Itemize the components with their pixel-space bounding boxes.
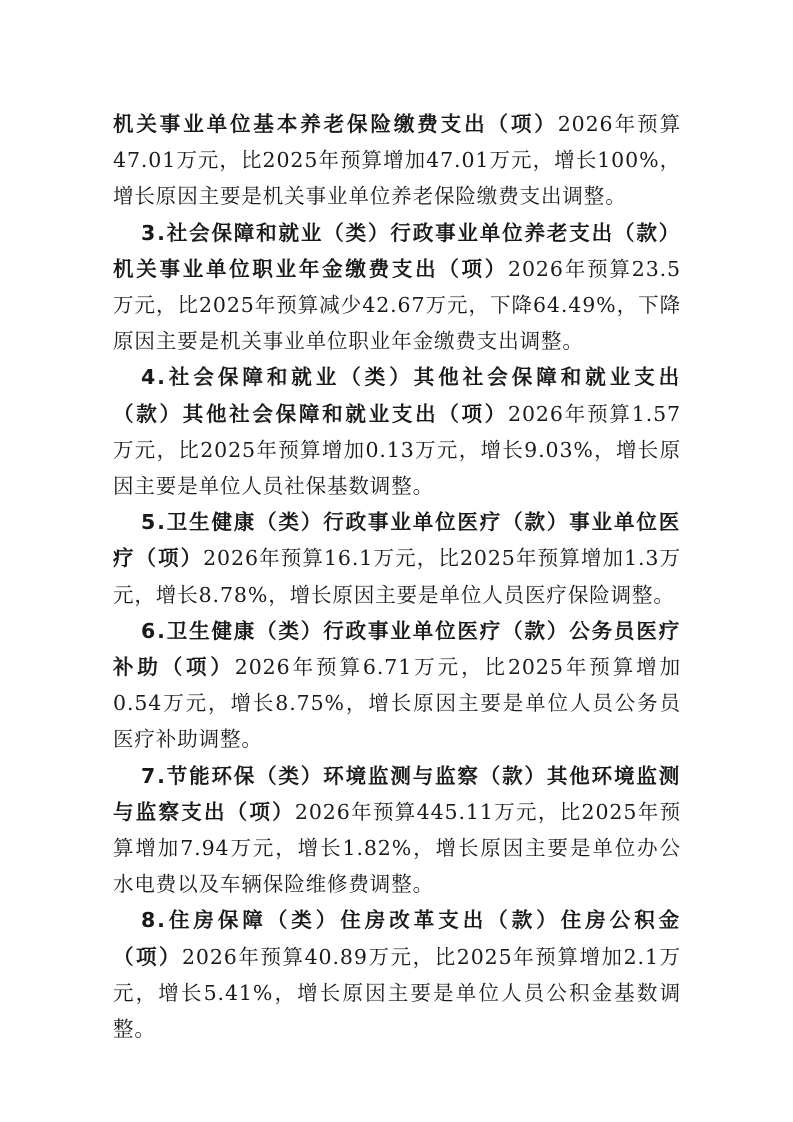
paragraph-number: 3. [141, 221, 167, 245]
paragraph-number: 4. [141, 365, 167, 389]
paragraph-body: 2026年预算40.89万元，比2025年预算增加2.1万元，增长5.41%，增… [113, 945, 681, 1041]
paragraph-heading: 机关事业单位基本养老保险缴费支出（项） [113, 112, 558, 136]
paragraph-number: 8. [141, 908, 167, 932]
document-page: 机关事业单位基本养老保险缴费支出（项）2026年预算47.01万元，比2025年… [113, 106, 681, 1047]
paragraph-item-7: 7.节能环保（类）环境监测与监察（款）其他环境监测与监察支出（项）2026年预算… [113, 758, 681, 903]
paragraph-number: 5. [141, 510, 167, 534]
paragraph-item-8: 8.住房保障（类）住房改革支出（款）住房公积金（项）2026年预算40.89万元… [113, 902, 681, 1047]
paragraph-item-4: 4.社会保障和就业（类）其他社会保障和就业支出（款）其他社会保障和就业支出（项）… [113, 359, 681, 504]
paragraph-number: 6. [141, 619, 167, 643]
paragraph-item-2-continuation: 机关事业单位基本养老保险缴费支出（项）2026年预算47.01万元，比2025年… [113, 106, 681, 215]
paragraph-item-6: 6.卫生健康（类）行政事业单位医疗（款）公务员医疗补助（项）2026年预算6.7… [113, 613, 681, 758]
paragraph-number: 7. [141, 764, 167, 788]
paragraph-item-5: 5.卫生健康（类）行政事业单位医疗（款）事业单位医疗（项）2026年预算16.1… [113, 504, 681, 613]
paragraph-item-3: 3.社会保障和就业（类）行政事业单位养老支出（款）机关事业单位职业年金缴费支出（… [113, 215, 681, 360]
